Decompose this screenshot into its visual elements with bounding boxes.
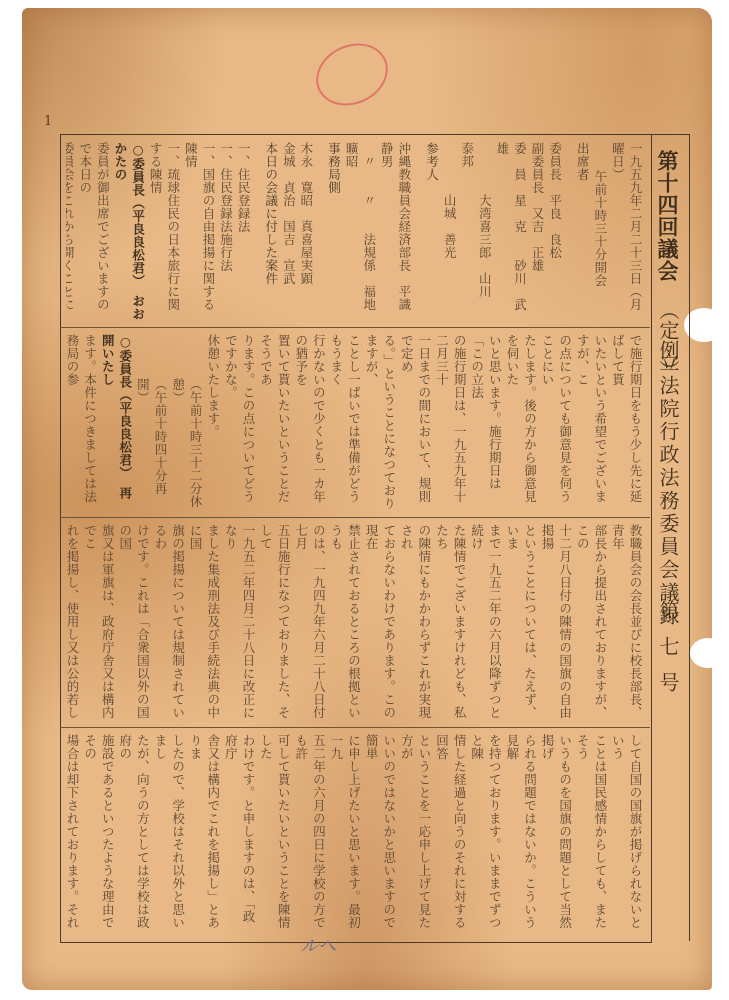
text-line: 委員が御出席でございますので本日の: [76, 142, 111, 321]
text-line: 休憩いたします。: [204, 334, 222, 511]
meeting-date: 一九五九年二月二十三日（月曜日）: [609, 142, 644, 321]
text-line: ことは国民感情からしても、またそう: [574, 734, 609, 934]
secretariat-line: 木永 寛昭 真喜屋実顕: [297, 142, 315, 321]
handwritten-mark: ルへ: [300, 932, 336, 958]
attendee-line: 委員長 平良 良松: [546, 142, 564, 321]
text-line: まで一九五二年の六月以降ずつと続け: [468, 524, 503, 721]
section-block-2: で施行期日をもう少し先に延ばして貰いたいという希望でございますが、この点について…: [60, 328, 650, 518]
text-line: で施行期日をもう少し先に延ばして貰: [609, 334, 644, 511]
text-line: 一九五二年四月二十八日に改正になり: [222, 524, 257, 721]
header-columns: 一九五九年二月二十三日（月曜日） 午前十時三十分開会 出席者 委員長 平良 良松…: [66, 142, 644, 321]
text-line: 五日施行になつておりました、そして: [257, 524, 292, 721]
section-block-3: 教職員会の会長並びに校長部長、青年部長から提出されておりますが、この十二月八日付…: [60, 518, 650, 728]
attendee-line: 大湾喜三郎 山川 泰邦: [458, 142, 493, 321]
agenda-item: 一、住民登録法施行法: [217, 142, 235, 321]
agenda-label: 本日の会議に付した案件: [262, 142, 280, 321]
text-line: たします。後の方から御意見を伺いた: [503, 334, 538, 511]
text-line: 十二月八日付の陳情の国旗の自由掲揚: [538, 524, 573, 721]
text-line: ○委員長（平良良松君） 再開いたし: [99, 334, 134, 511]
text-line: （午前十時四十分再開）: [134, 334, 169, 511]
text-line: 一日までの間において、規則で定め: [398, 334, 433, 511]
text-line: のは、一九四九年六月二十八日付七月: [292, 524, 327, 721]
text-line: ります。この点についてどうですかな。: [222, 334, 257, 511]
text-line: 可して貰いたいということを陳情した: [257, 734, 292, 934]
secretariat-label: 事務局側: [325, 142, 343, 321]
text-line: 情した経過と向うのそれに対する回答: [433, 734, 468, 934]
text-line: れを掲揚し、使用し又は公的若しくは: [66, 524, 81, 721]
text-line: ということについては、たえず、いま: [503, 524, 538, 721]
text-line: る。」ということになつておりますが、: [363, 334, 398, 511]
section-block-4: して自国の国旗が掲げられないということは国民感情からしても、またそういうものを国…: [60, 728, 650, 940]
masthead-committee: 立法院行政法務委員会議録: [653, 352, 683, 628]
text-line: 場合は却下されております。それから: [66, 734, 81, 934]
text-line: 旗又は軍旗は、政府庁舎又は構内でこ: [81, 524, 116, 721]
text-line: いたいという希望でございますが、こ: [574, 334, 609, 511]
text-line: ○委員長（平良良松君） おおかたの: [111, 142, 146, 321]
text-line: られる問題ではないか。こういう見解: [503, 734, 538, 934]
text-line: の施行期日は、一九五九年十二月三十: [433, 334, 468, 511]
secretariat-line: 金城 貞治 国吉 宣武: [280, 142, 298, 321]
text-line: 五二年の六月の四日に学校の方でも許: [292, 734, 327, 934]
text-line: 舎又は構内でこれを掲揚し」とありま: [187, 734, 222, 934]
text-line: けです。これは「合衆国以外の国の国: [116, 524, 151, 721]
block-3-columns: 教職員会の会長並びに校長部長、青年部長から提出されておりますが、この十二月八日付…: [66, 524, 644, 721]
text-line: ことし一ぱいでは準備がどうもうまく: [327, 334, 362, 511]
text-line: いいのではないかと思いますので簡単: [363, 734, 398, 934]
text-line: したので、学校はそれ以外と思いまし: [151, 734, 186, 934]
witnesses-label: 参考人: [423, 142, 441, 321]
text-line: いうものを国旗の問題として当然掲げ: [538, 734, 573, 934]
text-line: の陳情にもかかわらずこれが実現され: [398, 524, 433, 721]
text-line: 教職員会の会長並びに校長部長、青年: [609, 524, 644, 721]
text-line: いと思います。施行期日は「この立法: [468, 334, 503, 511]
agenda-item: 一、琉球住民の日本旅行に関する陳情: [147, 142, 182, 321]
text-line: を持つております。いままでずつと陳: [468, 734, 503, 934]
text-line: 部長から提出されておりますが、この: [574, 524, 609, 721]
text-line: ておらないわけであります。この現在: [363, 524, 398, 721]
block-2-columns: で施行期日をもう少し先に延ばして貰いたいという希望でございますが、この点について…: [66, 334, 644, 511]
agenda-item: 一、住民登録法: [235, 142, 253, 321]
text-line: 施設であるといつたような理由でその: [81, 734, 116, 934]
text-line: ます。本件につきましては法務局の参: [66, 334, 99, 511]
text-line: （午前十時三十二分休憩）: [169, 334, 204, 511]
masthead-session: 第十四回議会: [652, 150, 682, 282]
attendee-line: 山城 善光: [440, 142, 458, 321]
witness-line: 〃 〃 法規係 福地 曠昭: [343, 142, 378, 321]
page-number: 1: [44, 114, 52, 129]
attendee-line: 委 員 星 克 砂川 武雄: [493, 142, 528, 321]
agenda-item: 一、国旗の自由掲揚に関する陳情: [182, 142, 217, 321]
text-line: た陳情でございますけれども、私たち: [433, 524, 468, 721]
attendees-label: 出席者: [574, 142, 592, 321]
opened-time: 午前十時三十分開会: [591, 142, 609, 321]
attendee-line: 副委員長 又吉 正雄: [528, 142, 546, 321]
text-line: 禁止されておるところの根拠というも: [327, 524, 362, 721]
masthead-issue: 第七号: [653, 600, 683, 708]
text-line: して自国の国旗が掲げられないという: [609, 734, 644, 934]
text-line: わけです。と申しますのは、「政府庁: [222, 734, 257, 934]
witness-line: 沖縄教職員会経済部長 平識 静男: [378, 142, 413, 321]
text-line: 行かないので少くとも一カ年の猶予を: [292, 334, 327, 511]
text-line: たが、向うの方としては学校は政府の: [116, 734, 151, 934]
text-line: 旗の掲揚については規制されているわ: [151, 524, 186, 721]
text-line: 置いて貰いたいということだそうであ: [257, 334, 292, 511]
section-header: 一九五九年二月二十三日（月曜日） 午前十時三十分開会 出席者 委員長 平良 良松…: [60, 136, 650, 328]
text-line: に申し上げたいと思います。最初一九: [327, 734, 362, 934]
text-line: ました集成刑法及び手続法典の中に国: [187, 524, 222, 721]
text-line: 委員会をこれから開くことにいたしま: [66, 142, 76, 321]
text-line: の点についても御意見を伺うことにい: [538, 334, 573, 511]
text-line: ということを一応申し上げて見た方が: [398, 734, 433, 934]
block-4-columns: して自国の国旗が掲げられないということは国民感情からしても、またそういうものを国…: [66, 734, 644, 934]
